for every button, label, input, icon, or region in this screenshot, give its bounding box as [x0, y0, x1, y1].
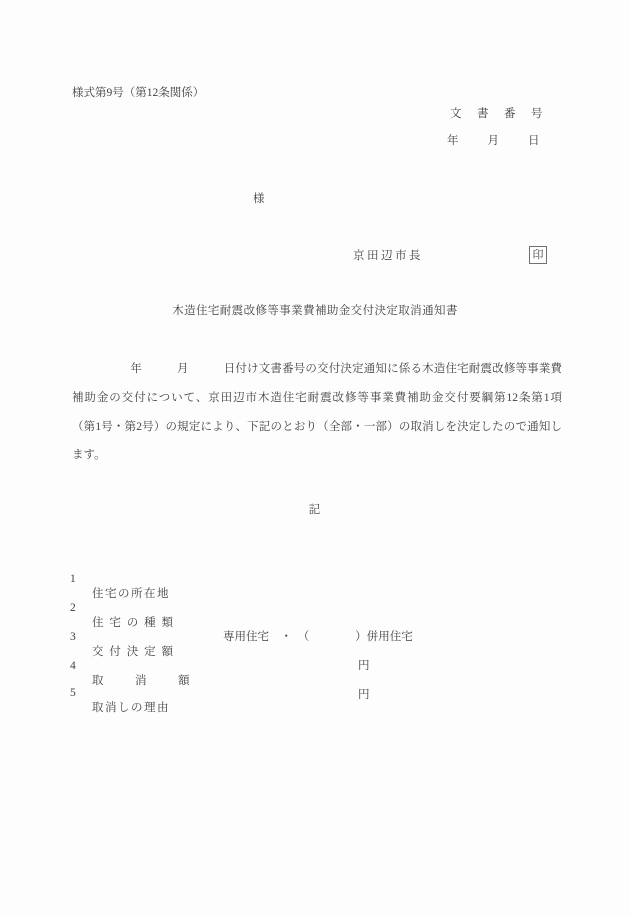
seal-placeholder: 印 — [529, 246, 547, 264]
item-row-housing-type: 2 住 宅 の 種 類 専用住宅 ・ （ ）併用住宅 — [0, 587, 630, 607]
document-number-label: 文 書 番 号 — [450, 107, 545, 121]
form-label: 様式第9号（第12条関係） — [72, 86, 204, 100]
body-line-2: 補助金の交付について、京田辺市木造住宅耐震改修等事業費補助金交付要綱第12条第1… — [72, 391, 562, 405]
item-row-housing-location: 1 住宅の所在地 — [0, 558, 630, 578]
date-blank-line: 年 月 日 — [447, 134, 542, 148]
item-row-cancel-amount: 4 取 消 額 円 — [0, 645, 630, 665]
addressee-honorific: 様 — [253, 192, 265, 206]
item-number: 5 — [70, 686, 76, 700]
item-label: 取消しの理由 — [92, 701, 170, 715]
item-number: 1 — [70, 572, 76, 586]
item-row-cancel-reason: 5 取消しの理由 — [0, 672, 630, 692]
record-marker: 記 — [0, 503, 630, 517]
item-number: 2 — [70, 601, 76, 615]
document-title: 木造住宅耐震改修等事業費補助金交付決定取消通知書 — [0, 304, 630, 318]
item-number: 3 — [70, 630, 76, 644]
document-page: 様式第9号（第12条関係） 文 書 番 号 年 月 日 様 京田辺市長 印 木造… — [0, 0, 630, 915]
body-line-4: ます。 — [72, 448, 562, 462]
item-row-grant-amount: 3 交 付 決 定 額 円 — [0, 616, 630, 636]
body-line-3: （第1号・第2号）の規定により、下記のとおり（全部・一部）の取消しを決定したので… — [72, 420, 562, 434]
body-line-1: 年 月 日付け文書番号の交付決定通知に係る木造住宅耐震改修等事業費 — [72, 362, 562, 376]
sender-title: 京田辺市長 — [353, 249, 423, 263]
